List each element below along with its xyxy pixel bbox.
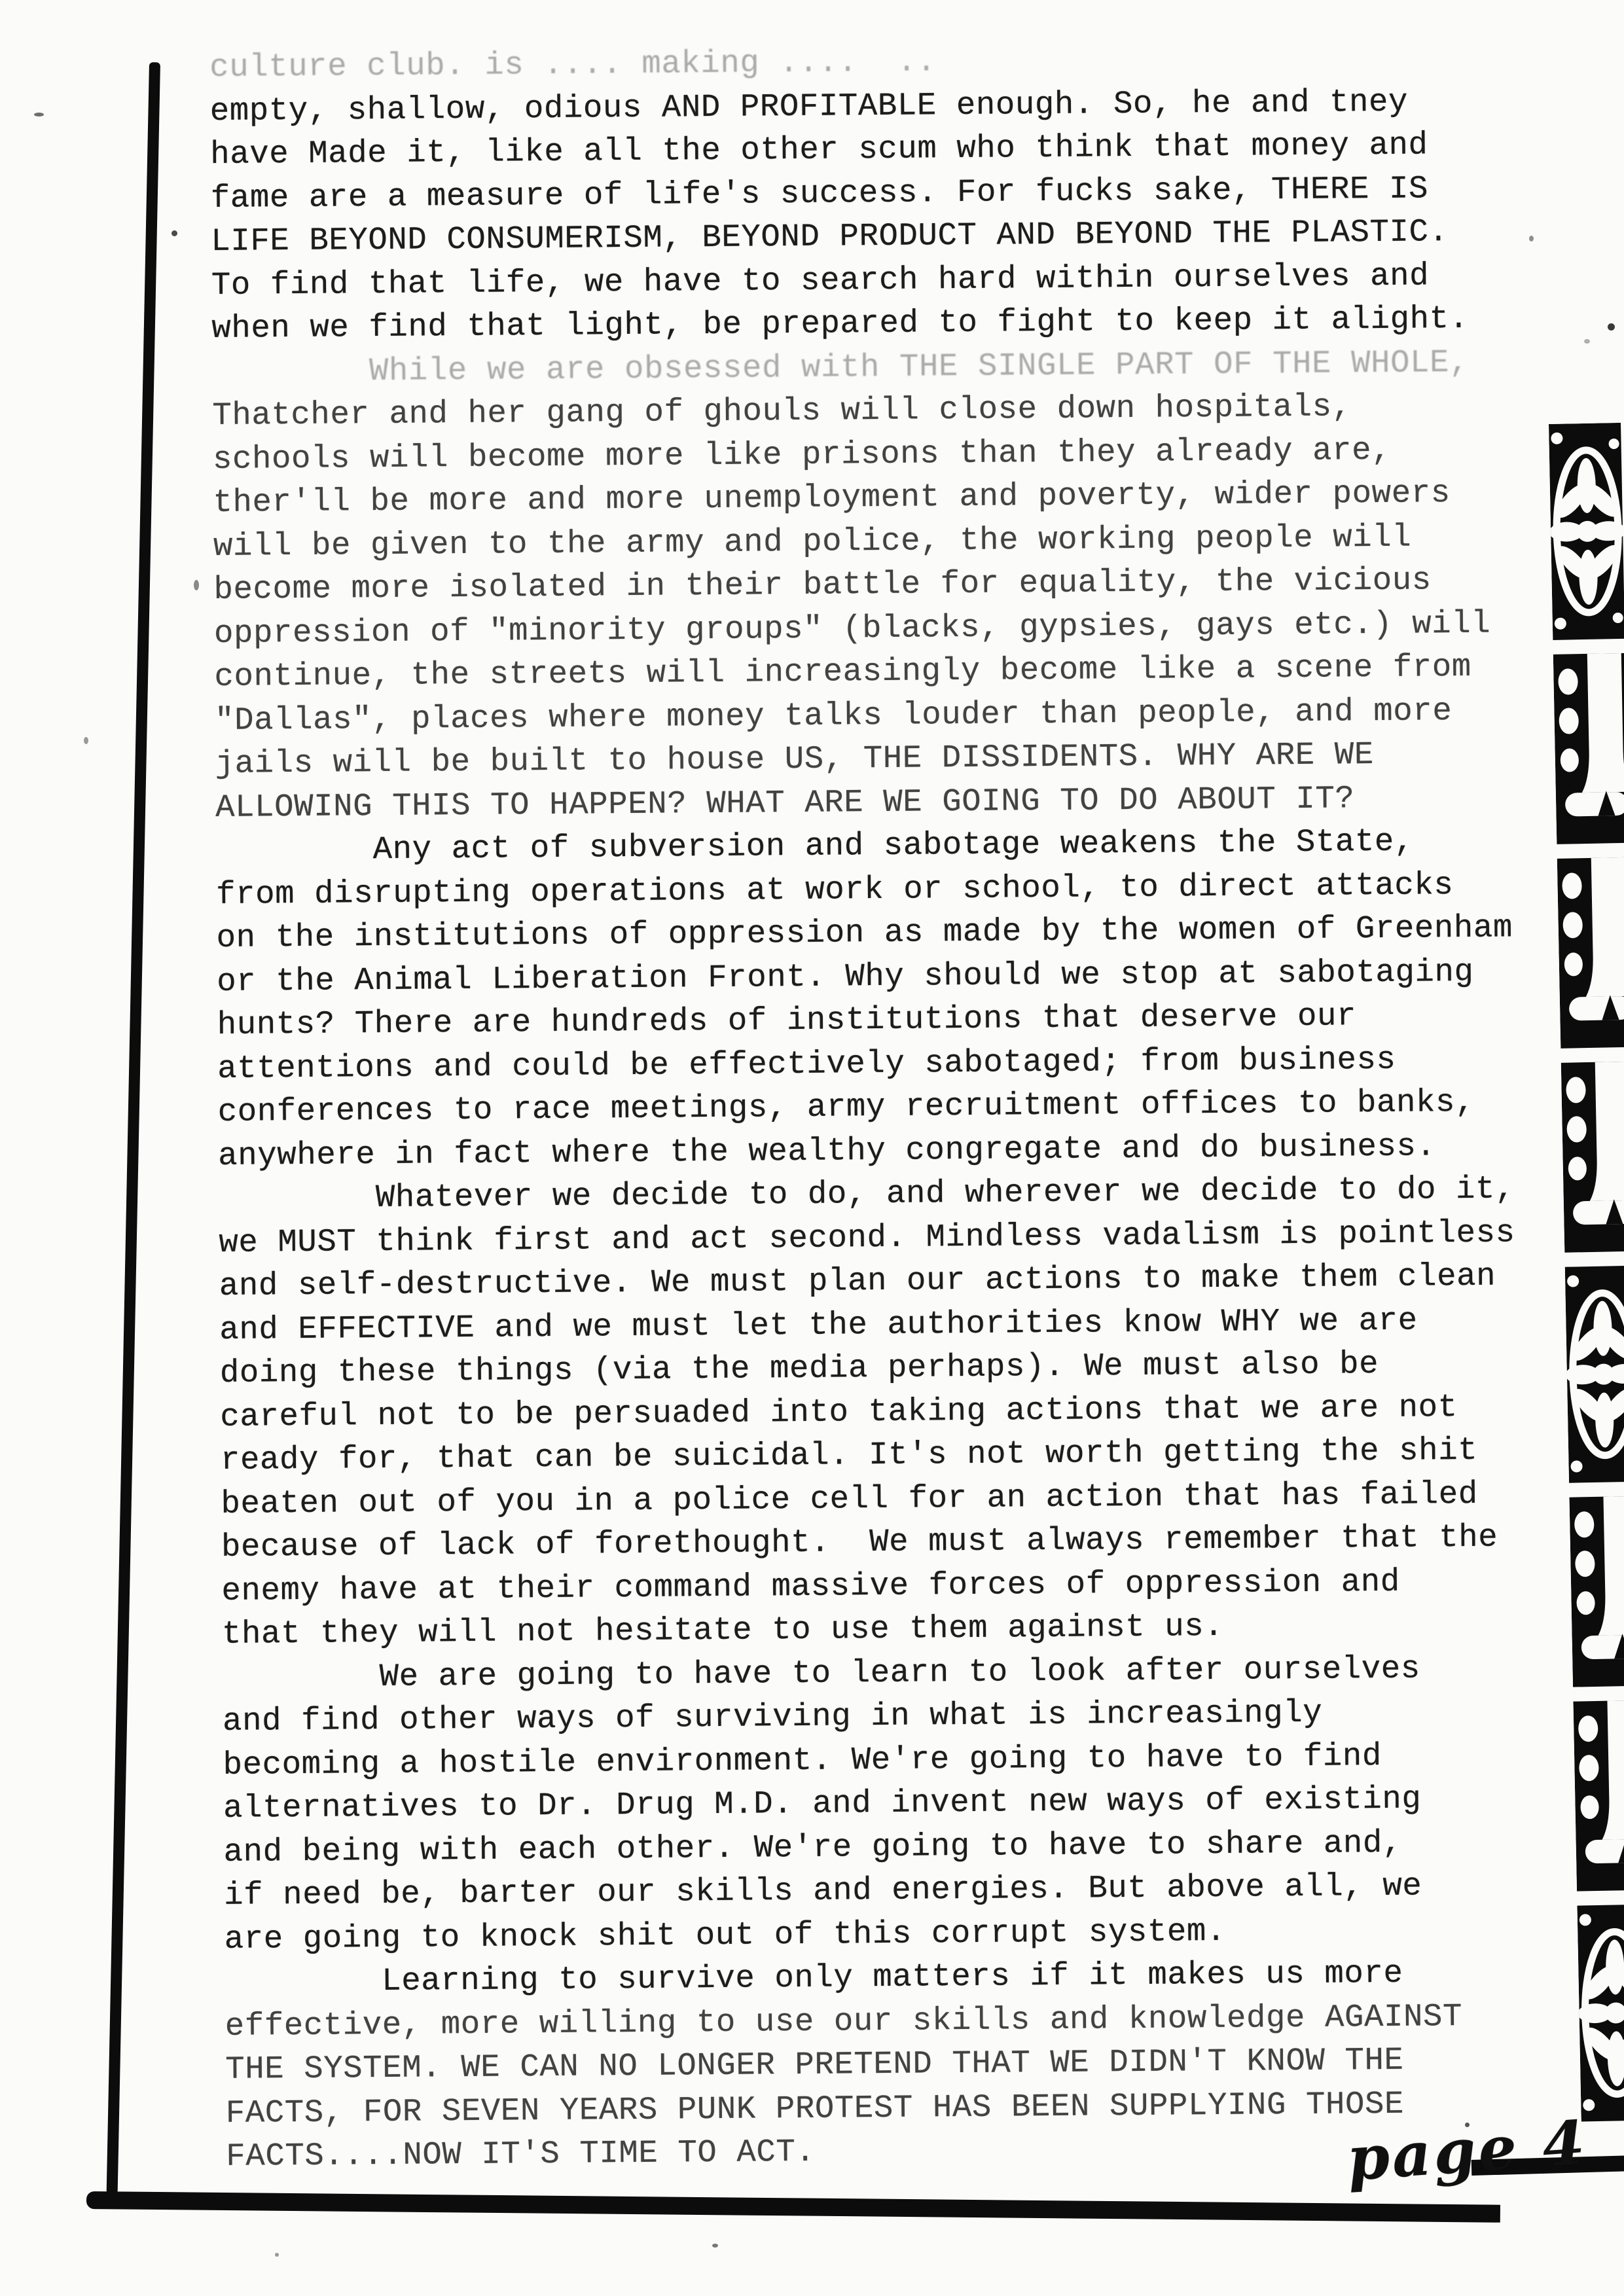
arch-motif-instance bbox=[1557, 857, 1624, 1049]
ornamental-border bbox=[1549, 423, 1624, 2123]
ink-speck bbox=[1608, 323, 1615, 331]
ink-speck bbox=[1584, 339, 1590, 344]
ink-speck bbox=[194, 580, 199, 590]
flower-motif-instance bbox=[1576, 1904, 1624, 2121]
ink-speck bbox=[1465, 2123, 1470, 2127]
left-margin-rule bbox=[107, 62, 160, 2195]
flower-motif-instance bbox=[1564, 1266, 1624, 1483]
ink-speck bbox=[171, 230, 177, 236]
arch-motif-instance bbox=[1553, 653, 1624, 844]
ink-speck bbox=[275, 2253, 279, 2257]
ink-speck bbox=[34, 113, 44, 117]
scanned-zine-page: culture club. is .... making .... ..empt… bbox=[0, 0, 1624, 2296]
arch-motif-instance bbox=[1561, 1062, 1624, 1253]
ink-speck bbox=[84, 737, 88, 744]
ink-speck bbox=[712, 2244, 718, 2248]
ink-speck bbox=[1529, 236, 1534, 242]
typed-text-block: culture club. is .... making .... ..empt… bbox=[209, 35, 1523, 2178]
arch-motif-instance bbox=[1573, 1700, 1624, 1891]
arch-motif-instance bbox=[1569, 1496, 1624, 1687]
typed-line: FACTS....NOW IT'S TIME TO ACT. bbox=[226, 2125, 1523, 2178]
bottom-edge-rule bbox=[86, 2191, 1500, 2223]
flower-motif-instance bbox=[1549, 423, 1624, 640]
